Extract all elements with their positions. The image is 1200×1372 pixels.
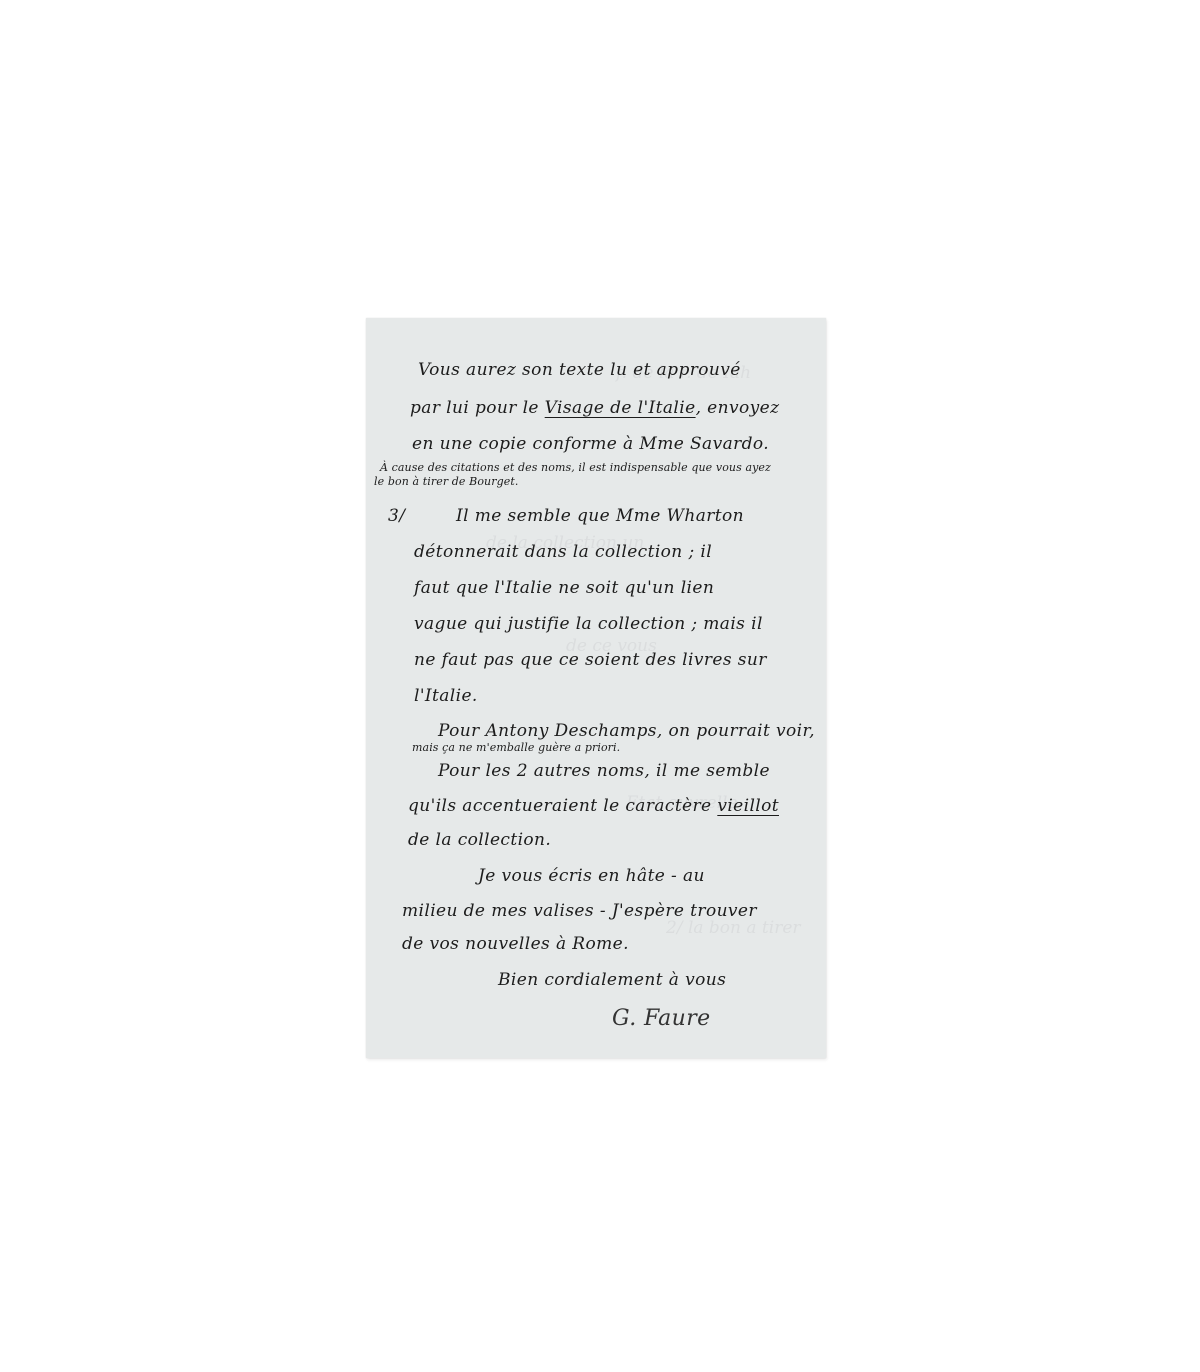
- letter-line: Pour Antony Deschamps, on pourrait voir,: [438, 721, 815, 741]
- letter-line: l'Italie.: [414, 686, 478, 706]
- signature: G. Faure: [612, 1006, 711, 1031]
- letter-line: qu'ils accentueraient le caractère vieil…: [408, 796, 779, 816]
- letter-line: Il me semble que Mme Wharton: [456, 506, 744, 526]
- line-text: par lui pour le: [410, 398, 545, 418]
- letter-line: en une copie conforme à Mme Savardo.: [412, 434, 769, 454]
- letter-line: Vous aurez son texte lu et approuvé: [418, 360, 741, 380]
- letter-line: faut que l'Italie ne soit qu'un lien: [414, 578, 714, 598]
- letter-line: par lui pour le Visage de l'Italie, envo…: [410, 398, 779, 418]
- letter-line: de la collection.: [408, 830, 551, 850]
- point-number: 3/: [388, 506, 405, 526]
- letter-line: vague qui justifie la collection ; mais …: [414, 614, 763, 634]
- letter-note-line: le bon à tirer de Bourget.: [374, 475, 518, 488]
- show-through-text: 2/ la bon a tirer: [666, 918, 801, 938]
- underlined-word: vieillot: [717, 796, 779, 816]
- letter-line: ne faut pas que ce soient des livres sur: [414, 650, 767, 670]
- letter-line: détonnerait dans la collection ; il: [414, 542, 712, 562]
- line-text: , envoyez: [696, 398, 780, 418]
- letter-line: Je vous écris en hâte - au: [478, 866, 705, 886]
- letter-note-line: mais ça ne m'emballe guère a priori.: [412, 741, 620, 754]
- letter-line: milieu de mes valises - J'espère trouver: [402, 901, 757, 921]
- letter-line: de vos nouvelles à Rome.: [402, 934, 629, 954]
- letter-note-line: À cause des citations et des noms, il es…: [380, 461, 771, 474]
- line-text: qu'ils accentueraient le caractère: [408, 796, 717, 816]
- letter-page: f. de la r. de Iah de la collection un d…: [366, 318, 826, 1058]
- letter-line: Pour les 2 autres noms, il me semble: [438, 761, 770, 781]
- book-title-underlined: Visage de l'Italie: [545, 398, 696, 418]
- closing-line: Bien cordialement à vous: [498, 970, 726, 990]
